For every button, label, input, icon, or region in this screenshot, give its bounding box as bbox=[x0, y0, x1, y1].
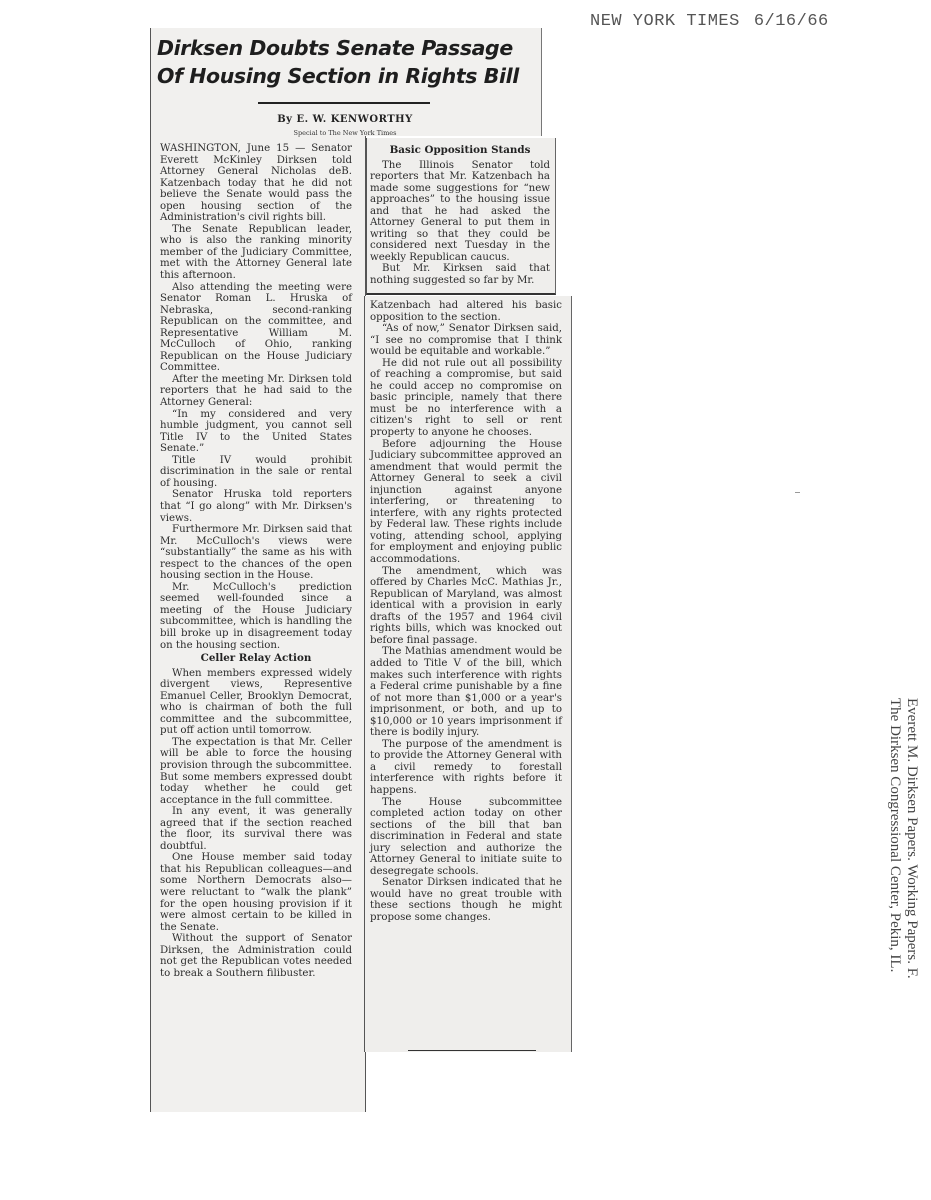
paragraph: WASHINGTON, June 15 — Senator Everett Mc… bbox=[160, 143, 352, 224]
paragraph: The expectation is that Mr. Celler will … bbox=[160, 737, 352, 806]
article-right-column-bottom: Katzenbach had altered his basic opposit… bbox=[370, 300, 562, 924]
paragraph: Mr. McCulloch's prediction seemed well-f… bbox=[160, 582, 352, 651]
paragraph: Senator Dirksen indicated that he would … bbox=[370, 877, 562, 923]
scan-speck bbox=[795, 492, 800, 493]
archive-citation-line-2: The Dirksen Congressional Center, Pekin,… bbox=[886, 698, 903, 998]
paragraph: When members expressed widely divergent … bbox=[160, 668, 352, 737]
headline-rule bbox=[258, 102, 430, 104]
paragraph: The House subcommittee completed action … bbox=[370, 797, 562, 878]
publication-date: 6/16/66 bbox=[754, 12, 829, 31]
paragraph: Also attending the meeting were Senator … bbox=[160, 282, 352, 374]
archive-citation: Everett M. Dirksen Papers. Working Paper… bbox=[868, 698, 920, 998]
subhead-basic-opposition-stands: Basic Opposition Stands bbox=[370, 145, 550, 157]
subhead-celler-relay-action: Celler Relay Action bbox=[160, 653, 352, 665]
article-left-column: WASHINGTON, June 15 — Senator Everett Mc… bbox=[160, 143, 352, 979]
paragraph: Title IV would prohibit discrimination i… bbox=[160, 455, 352, 490]
paragraph: “In my considered and very humble judgme… bbox=[160, 409, 352, 455]
paragraph: But Mr. Kirksen said that nothing sugges… bbox=[370, 263, 550, 286]
paragraph: Senator Hruska told reporters that “I go… bbox=[160, 489, 352, 524]
paragraph: The amendment, which was offered by Char… bbox=[370, 566, 562, 647]
publication-stamp: NEW YORK TIMES6/16/66 bbox=[590, 12, 829, 31]
publication-name: NEW YORK TIMES bbox=[590, 12, 740, 31]
byline-credit: Special to The New York Times bbox=[150, 129, 540, 137]
article-right-column-top: Basic Opposition Stands The Illinois Sen… bbox=[370, 143, 550, 287]
paragraph: The Mathias amendment would be added to … bbox=[370, 646, 562, 738]
paragraph: One House member said today that his Rep… bbox=[160, 852, 352, 933]
paragraph: The Illinois Senator told reporters that… bbox=[370, 160, 550, 264]
headline: Dirksen Doubts Senate Passage Of Housing… bbox=[157, 34, 537, 90]
paragraph: In any event, it was generally agreed th… bbox=[160, 806, 352, 852]
paragraph: The purpose of the amendment is to provi… bbox=[370, 739, 562, 797]
paragraph: “As of now,” Senator Dirksen said, “I se… bbox=[370, 323, 562, 358]
paragraph: Without the support of Senator Dirksen, … bbox=[160, 933, 352, 979]
archive-citation-line-1: Everett M. Dirksen Papers. Working Paper… bbox=[903, 698, 920, 998]
paragraph: He did not rule out all possibility of r… bbox=[370, 358, 562, 439]
paragraph: After the meeting Mr. Dirksen told repor… bbox=[160, 374, 352, 409]
paragraph: The Senate Republican leader, who is als… bbox=[160, 224, 352, 282]
headline-line-2: Of Housing Section in Rights Bill bbox=[157, 62, 537, 90]
paragraph: Katzenbach had altered his basic opposit… bbox=[370, 300, 562, 323]
headline-line-1: Dirksen Doubts Senate Passage bbox=[157, 34, 537, 62]
paragraph: Furthermore Mr. Dirksen said that Mr. Mc… bbox=[160, 524, 352, 582]
paragraph: Before adjourning the House Judiciary su… bbox=[370, 439, 562, 566]
byline: By E. W. KENWORTHY bbox=[150, 114, 540, 125]
bottom-rule bbox=[408, 1050, 536, 1051]
